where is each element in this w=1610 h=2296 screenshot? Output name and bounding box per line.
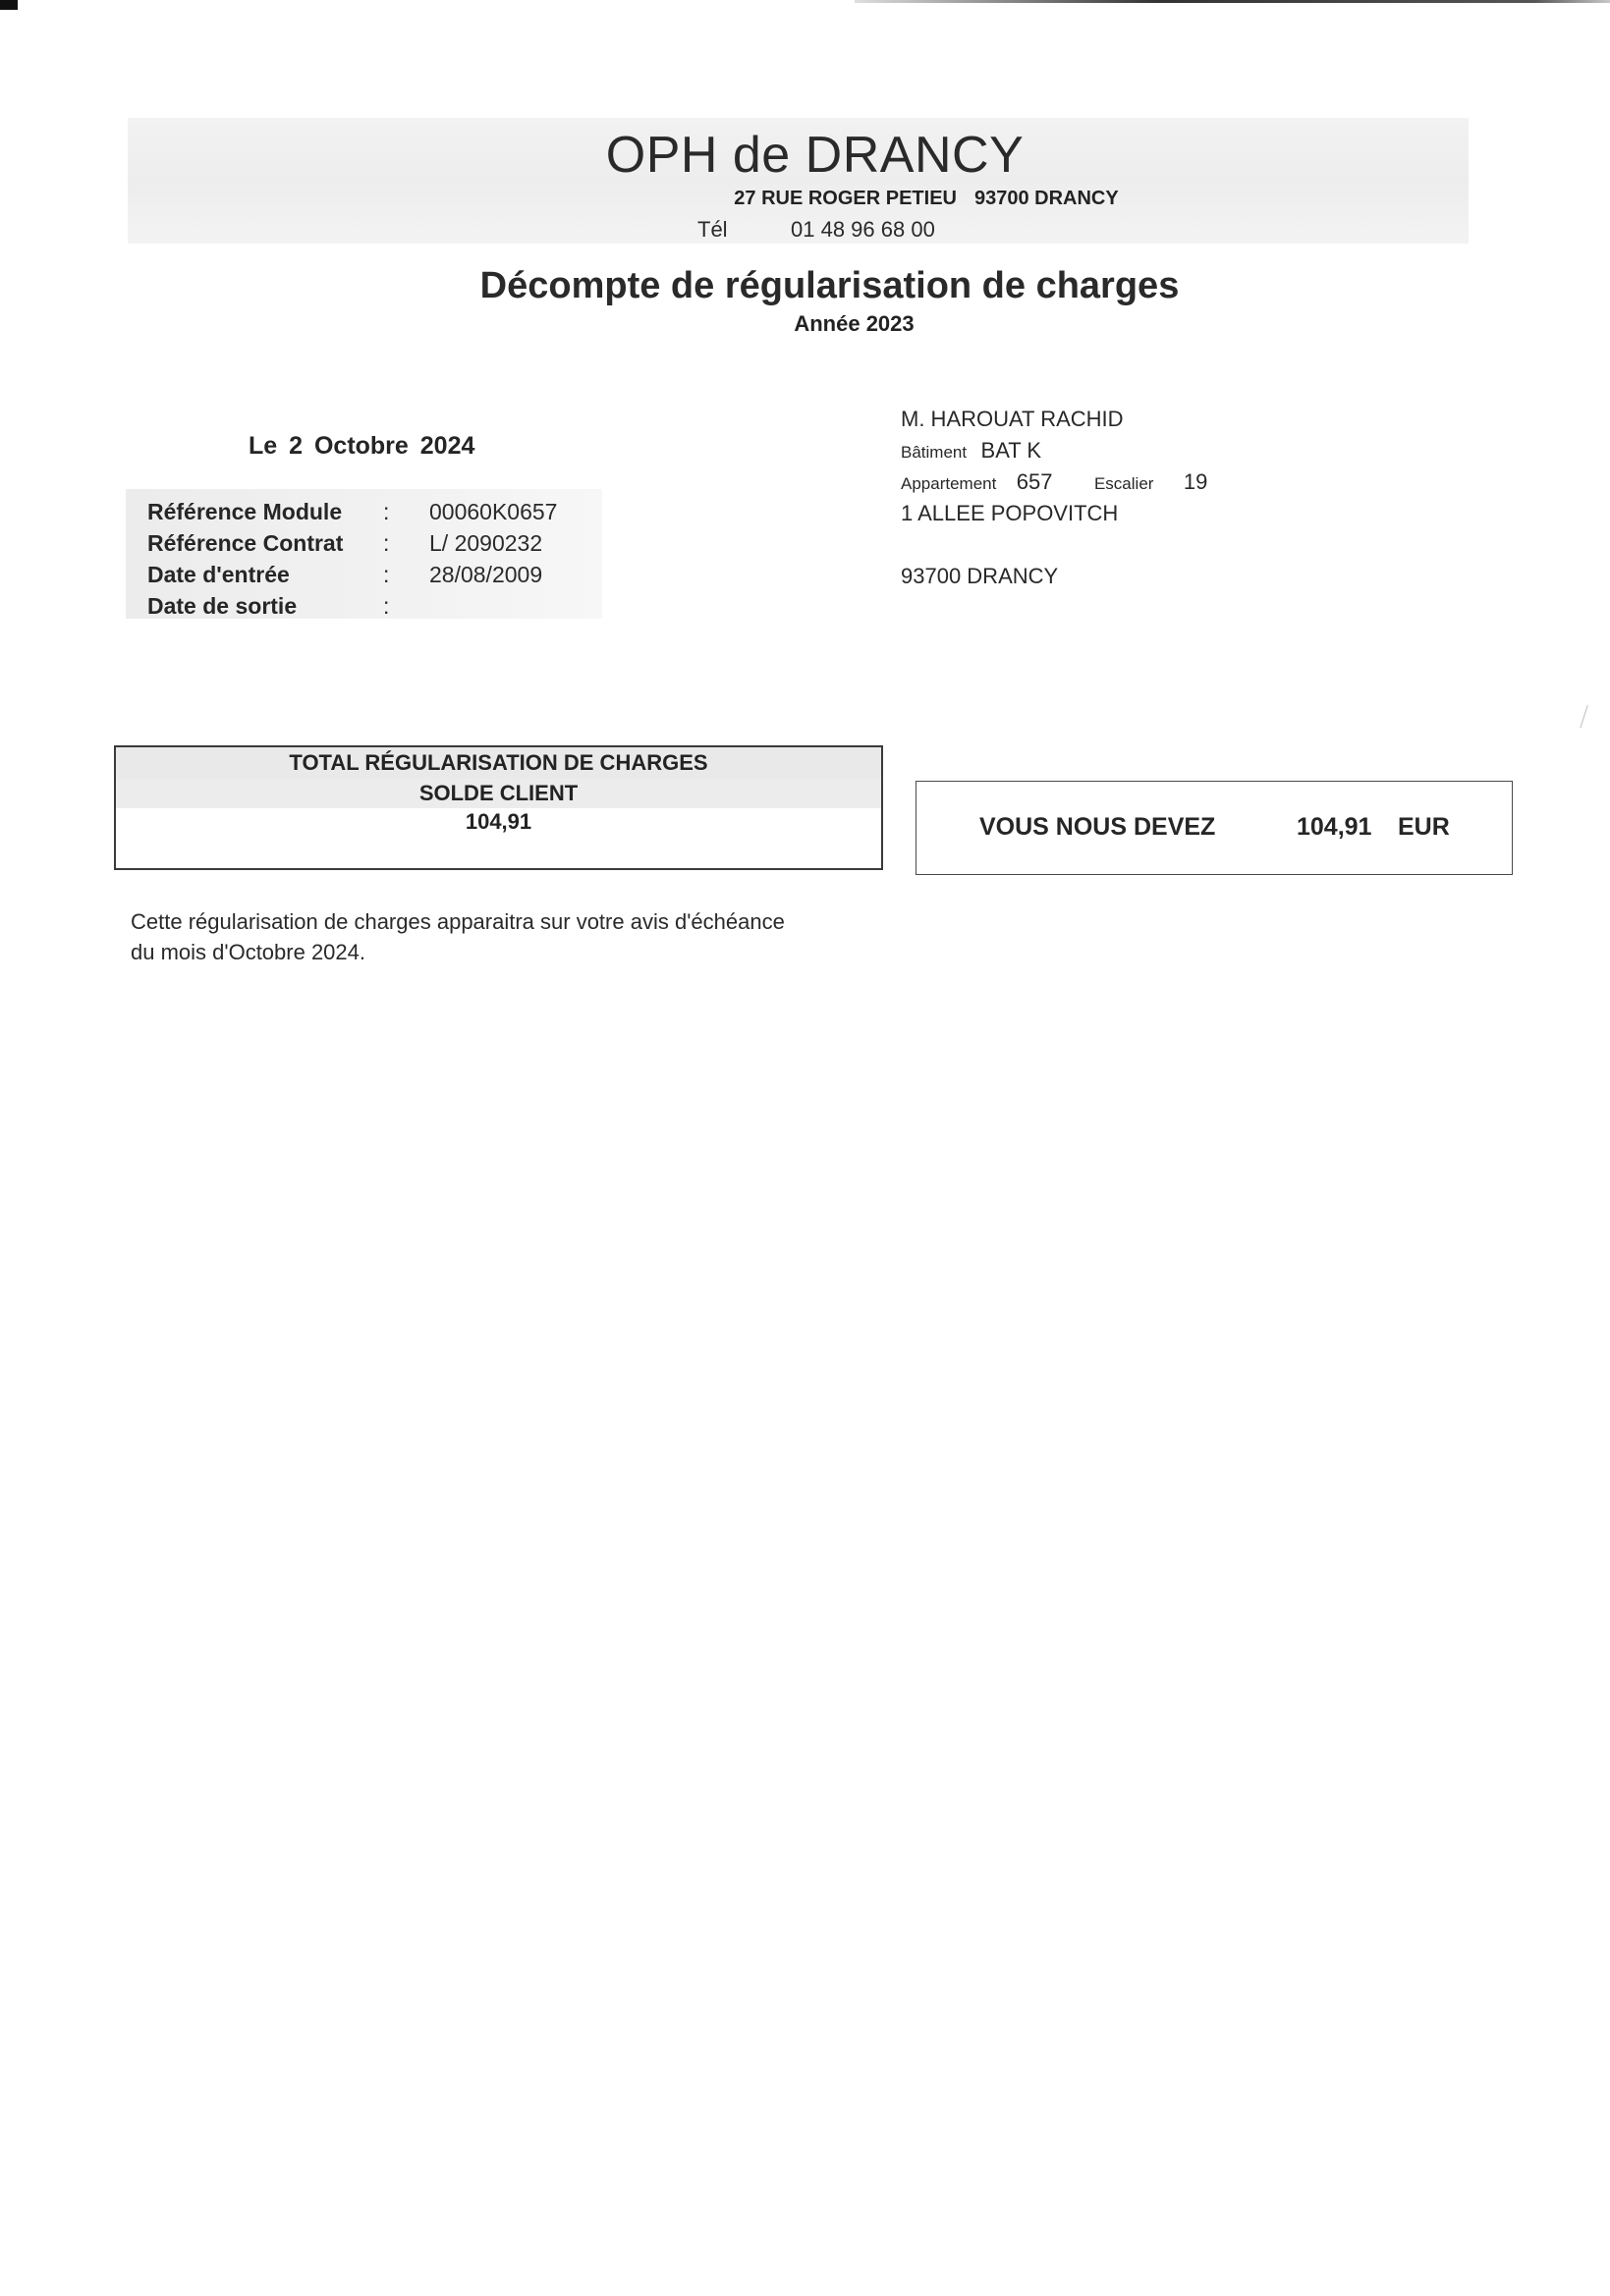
organization-address: 27 RUE ROGER PETIEU93700 DRANCY <box>0 188 1610 210</box>
staircase-label: Escalier <box>1094 474 1153 493</box>
note-line-2: du mois d'Octobre 2024. <box>131 937 877 967</box>
reference-value <box>429 590 557 622</box>
amount-due-box: VOUS NOUS DEVEZ 104,91 EUR <box>916 781 1513 875</box>
reference-row: Référence Module:00060K0657 <box>147 496 557 527</box>
reference-colon: : <box>383 496 429 527</box>
amount-due-label: VOUS NOUS DEVEZ <box>979 813 1215 842</box>
organization-name: OPH de DRANCY <box>0 126 1610 185</box>
recipient-apartment: Appartement 657 Escalier 19 <box>901 469 1207 495</box>
recipient-city: 93700 DRANCY <box>901 564 1058 589</box>
staircase-value: 19 <box>1184 469 1207 494</box>
reference-label: Référence Module <box>147 496 383 527</box>
reference-colon: : <box>383 559 429 590</box>
amount-due-currency: EUR <box>1398 813 1450 842</box>
apartment-label: Appartement <box>901 474 996 493</box>
note-line-1: Cette régularisation de charges apparait… <box>131 906 877 937</box>
reference-colon: : <box>383 590 429 622</box>
amount-due-value: 104,91 <box>1297 813 1371 842</box>
scan-artifact-mark <box>1580 705 1589 729</box>
phone-label: Tél <box>697 217 791 243</box>
address-city: 93700 DRANCY <box>974 188 1119 209</box>
recipient-street: 1 ALLEE POPOVITCH <box>901 501 1118 526</box>
regularisation-note: Cette régularisation de charges apparait… <box>131 906 877 967</box>
document-title: Décompte de régularisation de charges <box>0 265 1610 307</box>
document-year: Année 2023 <box>0 311 1610 337</box>
scan-corner-mark <box>0 0 18 10</box>
scan-page-edge <box>855 0 1610 3</box>
document-date: Le 2 Octobre 2024 <box>249 432 474 461</box>
reference-colon: : <box>383 527 429 559</box>
recipient-building: Bâtiment BAT K <box>901 438 1041 464</box>
total-regularisation-box: TOTAL RÉGULARISATION DE CHARGES SOLDE CL… <box>114 745 883 870</box>
reference-label: Référence Contrat <box>147 527 383 559</box>
phone-number: 01 48 96 68 00 <box>791 217 935 242</box>
organization-phone: Tél01 48 96 68 00 <box>697 217 935 243</box>
total-heading: TOTAL RÉGULARISATION DE CHARGES <box>116 747 881 780</box>
recipient-name: M. HAROUAT RACHID <box>901 407 1124 432</box>
reference-value: 28/08/2009 <box>429 559 557 590</box>
reference-label: Date d'entrée <box>147 559 383 590</box>
reference-value: L/ 2090232 <box>429 527 557 559</box>
reference-row: Date de sortie: <box>147 590 557 622</box>
building-label: Bâtiment <box>901 443 967 462</box>
building-value: BAT K <box>981 438 1042 463</box>
balance-amount: 104,91 <box>116 808 881 836</box>
reference-value: 00060K0657 <box>429 496 557 527</box>
address-street: 27 RUE ROGER PETIEU <box>734 188 957 209</box>
reference-row: Référence Contrat:L/ 2090232 <box>147 527 557 559</box>
apartment-value: 657 <box>1017 469 1053 494</box>
reference-row: Date d'entrée:28/08/2009 <box>147 559 557 590</box>
balance-subheading: SOLDE CLIENT <box>116 779 881 810</box>
reference-label: Date de sortie <box>147 590 383 622</box>
references-table: Référence Module:00060K0657Référence Con… <box>147 496 557 622</box>
